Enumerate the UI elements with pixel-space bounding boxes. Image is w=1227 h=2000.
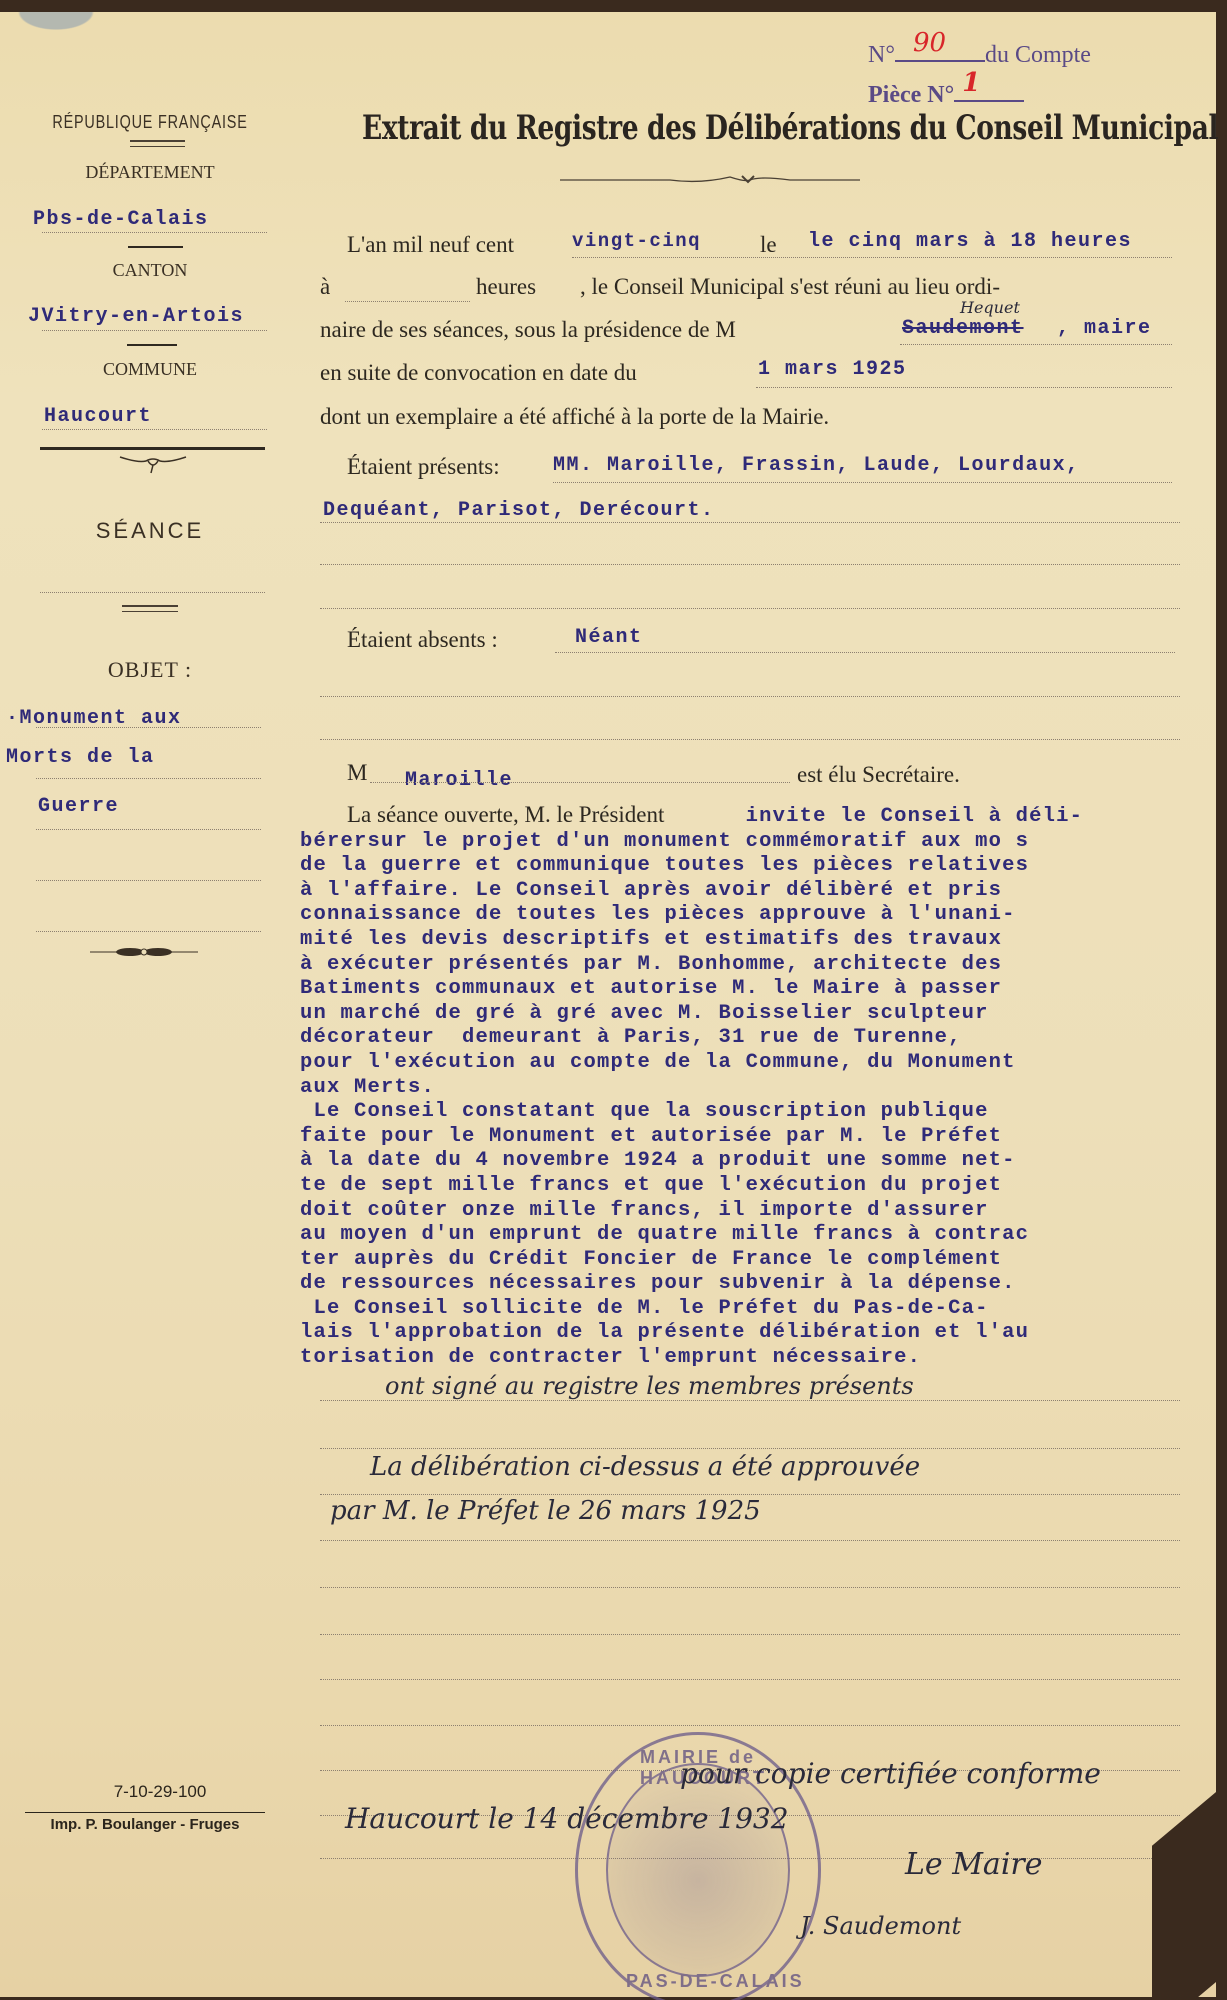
dotted-rule	[320, 522, 1180, 523]
deliberation-line: un marché de gré à gré avec M. Boisselie…	[300, 1002, 1220, 1027]
document-title: Extrait du Registre des Délibérations du…	[362, 108, 970, 148]
deliberation-line: doit coûter onze mille francs, il import…	[300, 1199, 1220, 1224]
approval-note-line1: La délibération ci-dessus a été approuvé…	[370, 1452, 920, 1482]
dotted-rule	[320, 1587, 1180, 1588]
deliberation-line: Le Conseil sollicite de M. le Préfet du …	[300, 1297, 1220, 1322]
dotted-rule	[320, 608, 1180, 609]
dotted-rule	[36, 778, 261, 779]
canton-label: CANTON	[0, 260, 300, 281]
deliberation-line: décorateur demeurant à Paris, 31 rue de …	[300, 1026, 1220, 1051]
dotted-rule	[320, 696, 1180, 697]
absent-value: Néant	[575, 626, 643, 649]
place-date-note: Haucourt le 14 décembre 1932	[345, 1802, 789, 1835]
president-title: , maire	[1057, 317, 1152, 340]
deliberation-line: ter auprès du Crédit Foncier de France l…	[300, 1248, 1220, 1273]
deliberation-line: connaissance de toutes les pièces approu…	[300, 903, 1220, 928]
torn-corner	[0, 12, 140, 52]
dotted-rule	[42, 429, 267, 430]
present-label: Étaient présents:	[347, 454, 500, 480]
dotted-rule	[320, 1540, 1180, 1541]
secretary-prefix: M	[347, 760, 367, 786]
deliberation-line: torisation de contracter l'emprunt néces…	[300, 1346, 1220, 1371]
signed-note: ont signé au registre les membres présen…	[385, 1372, 914, 1400]
dotted-rule	[36, 880, 261, 881]
deliberation-line: à l'affaire. Le Conseil après avoir déli…	[300, 879, 1220, 904]
dotted-rule	[900, 344, 1172, 345]
presidency-text: naire de ses séances, sous la présidence…	[320, 317, 736, 343]
thick-rule	[40, 447, 265, 450]
dotted-rule	[320, 1679, 1180, 1680]
mayor-signature: J. Saudemont	[800, 1912, 961, 1940]
year-label: L'an mil neuf cent	[347, 232, 514, 258]
deliberation-line: mité les devis descriptifs et estimatifs…	[300, 928, 1220, 953]
objet-line: Guerre	[38, 795, 119, 818]
deliberation-line: Le Conseil constatant que la souscriptio…	[300, 1100, 1220, 1125]
account-number-stamp: N°90du Compte	[868, 36, 1091, 69]
piece-number-stamp: Pièce N°1	[868, 76, 1024, 109]
present-members-1: MM. Maroille, Frassin, Laude, Lourdaux,	[553, 454, 1080, 477]
dotted-rule	[555, 652, 1175, 653]
dotted-rule	[40, 592, 265, 593]
rule	[128, 246, 183, 248]
double-rule	[130, 140, 185, 147]
commune-value: Haucourt	[44, 405, 152, 428]
president-struck-name: Saudemont	[902, 317, 1024, 340]
dotted-rule	[370, 782, 790, 783]
republic-heading: RÉPUBLIQUE FRANÇAISE	[30, 112, 270, 133]
posting-text: dont un exemplaire a été affiché à la po…	[320, 404, 829, 430]
deliberation-line: lais l'approbation de la présente délibé…	[300, 1321, 1220, 1346]
deliberation-line: te de sept mille francs et que l'exécuti…	[300, 1174, 1220, 1199]
deliberation-text: invite le Conseil à déli- bérersur le pr…	[300, 805, 1220, 1371]
objet-line: Morts de la	[6, 746, 155, 769]
secretary-name: Maroille	[405, 769, 513, 792]
deliberation-line: de ressources nécessaires pour subvenir …	[300, 1272, 1220, 1297]
dotted-rule	[36, 727, 261, 728]
meeting-text: , le Conseil Municipal s'est réuni au li…	[580, 274, 1000, 300]
double-rule	[122, 605, 178, 612]
deliberation-line: Batiments communaux et autorise M. le Ma…	[300, 977, 1220, 1002]
commune-label: COMMUNE	[0, 359, 300, 380]
seal-bottom-text: PAS-DE-CALAIS	[626, 1971, 805, 1992]
departement-value: Pbs-de-Calais	[33, 208, 209, 231]
dotted-rule	[320, 1494, 1180, 1495]
dotted-rule	[320, 1634, 1180, 1635]
canton-value: JVitry-en-Artois	[28, 305, 244, 328]
absent-label: Étaient absents :	[347, 627, 498, 653]
departement-label: DÉPARTEMENT	[0, 162, 300, 183]
meeting-date: le cinq mars à 18 heures	[808, 230, 1132, 253]
rule	[127, 344, 177, 346]
leaf-ornament-icon	[88, 945, 200, 959]
hour-label: à	[320, 274, 330, 300]
convocation-date: 1 mars 1925	[758, 358, 907, 381]
objet-label: OBJET :	[0, 657, 300, 683]
dotted-rule	[345, 301, 470, 302]
approval-note-line2: par M. le Préfet le 26 mars 1925	[330, 1496, 761, 1526]
dotted-rule	[320, 564, 1180, 565]
convocation-label: en suite de convocation en date du	[320, 360, 637, 386]
dotted-rule	[320, 1400, 1180, 1401]
deliberation-line: au moyen d'un emprunt de quatre mille fr…	[300, 1223, 1220, 1248]
account-number-value: 90	[913, 28, 946, 58]
deliberation-line: de la guerre et communique toutes les pi…	[300, 854, 1220, 879]
document-page: RÉPUBLIQUE FRANÇAISE DÉPARTEMENT Pbs-de-…	[0, 12, 1216, 1997]
president-correction: Hequet	[960, 298, 1020, 317]
printer-credit: Imp. P. Boulanger - Fruges	[25, 1812, 265, 1833]
deliberation-line: à exécuter présentés par M. Bonhomme, ar…	[300, 953, 1220, 978]
deliberation-line: faite pour le Monument et autorisée par …	[300, 1125, 1220, 1150]
deliberation-line: pour l'exécution au compte de la Commune…	[300, 1051, 1220, 1076]
seance-label: SÉANCE	[0, 518, 300, 544]
dotted-rule	[42, 330, 267, 331]
dotted-rule	[36, 931, 261, 932]
deliberation-line: à la date du 4 novembre 1924 a produit u…	[300, 1149, 1220, 1174]
flourish-ornament-icon	[118, 453, 188, 475]
dotted-rule	[320, 739, 1180, 740]
dotted-rule	[320, 1448, 1180, 1449]
deliberation-line: bérersur le projet d'un monument commémo…	[300, 830, 1220, 855]
dotted-rule	[42, 232, 267, 233]
dotted-rule	[36, 829, 261, 830]
certified-note: pour copie certifiée conforme	[680, 1757, 1101, 1790]
dotted-rule	[756, 387, 1172, 388]
dotted-rule	[553, 482, 1172, 483]
secretary-suffix: est élu Secrétaire.	[797, 762, 960, 788]
print-code: 7-10-29-100	[60, 1782, 260, 1802]
year-value: vingt-cinq	[572, 230, 701, 252]
title-flourish-icon	[560, 172, 860, 186]
year-suffix: le	[760, 232, 777, 258]
maire-note: Le Maire	[905, 1847, 1043, 1882]
piece-number-value: 1	[962, 68, 980, 98]
present-members-2: Dequéant, Parisot, Derécourt.	[323, 499, 715, 522]
deliberation-line: aux Merts.	[300, 1076, 1220, 1101]
heures-label: heures	[476, 274, 536, 300]
deliberation-line: invite le Conseil à déli-	[300, 805, 1220, 830]
dotted-rule	[320, 1725, 1180, 1726]
dotted-rule	[572, 257, 1172, 258]
